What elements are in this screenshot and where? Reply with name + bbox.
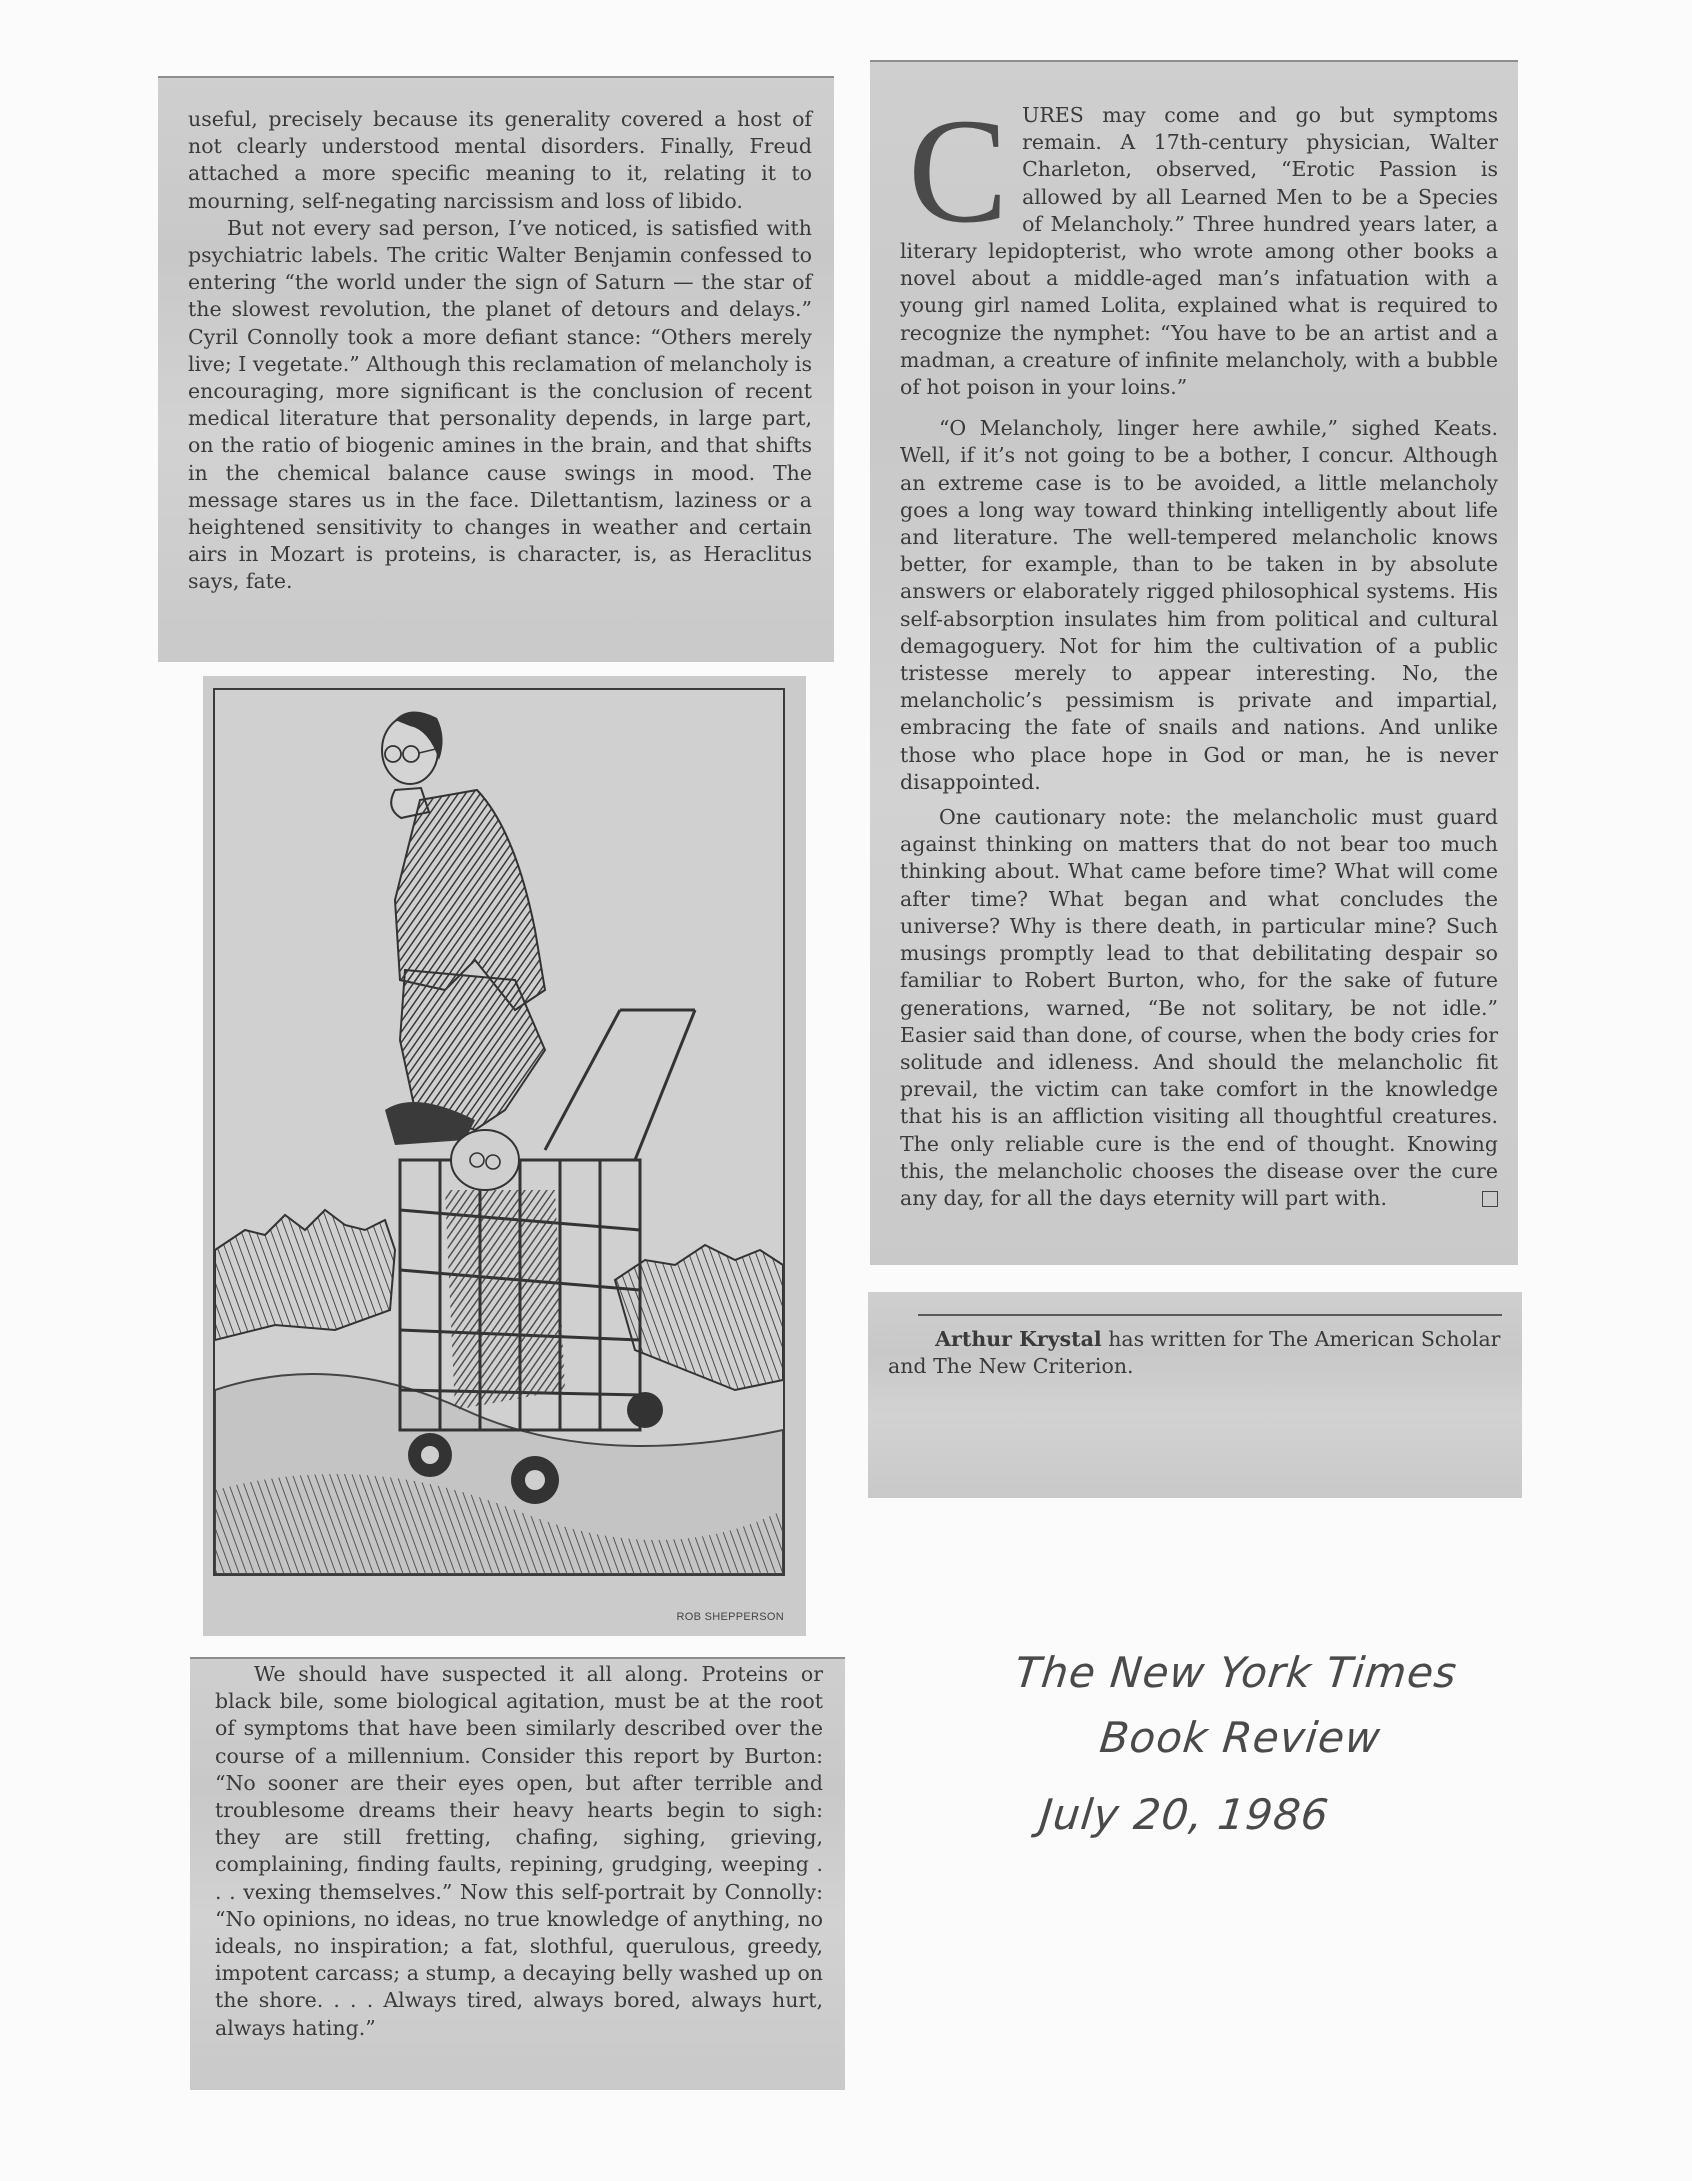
paragraph: useful, precisely because its generality… (188, 106, 812, 215)
article-column: useful, precisely because its generality… (188, 106, 812, 596)
illustration-credit: ROB SHEPPERSON (676, 1611, 784, 1623)
article-column: We should have suspected it all along. P… (215, 1661, 823, 2042)
paragraph: “O Melancholy, linger here awhile,” sigh… (900, 415, 1498, 796)
illustration-frame (213, 688, 785, 1576)
handwritten-section: Book Review (1097, 1713, 1383, 1762)
author-bio: Arthur Krystal has written for The Ameri… (888, 1326, 1502, 1380)
clipping-illustration: ROB SHEPPERSON (203, 676, 806, 1636)
clipping-right-column: C URES may come and go but symptoms rema… (870, 60, 1518, 1265)
clipping-bottom-left: We should have suspected it all along. P… (190, 1657, 845, 2090)
end-mark-icon (1482, 1191, 1498, 1207)
article-column: C URES may come and go but symptoms rema… (900, 102, 1498, 1212)
clipping-author-bio: Arthur Krystal has written for The Ameri… (868, 1292, 1522, 1498)
drop-cap: C (908, 112, 1008, 230)
paragraph: C URES may come and go but symptoms rema… (900, 102, 1498, 401)
clipping-top-left: useful, precisely because its generality… (158, 76, 834, 662)
handwritten-publication: The New York Times (1012, 1648, 1459, 1697)
paragraph: We should have suspected it all along. P… (215, 1661, 823, 2042)
divider (918, 1314, 1502, 1316)
paragraph: But not every sad person, I’ve noticed, … (188, 215, 812, 596)
melancholic-on-cart-illustration-icon (215, 690, 783, 1574)
handwritten-date: July 20, 1986 (1037, 1790, 1331, 1839)
author-name: Arthur Krystal (935, 1327, 1102, 1351)
paragraph: One cautionary note: the melancholic mus… (900, 804, 1498, 1212)
paragraph-text: One cautionary note: the melancholic mus… (900, 805, 1498, 1210)
